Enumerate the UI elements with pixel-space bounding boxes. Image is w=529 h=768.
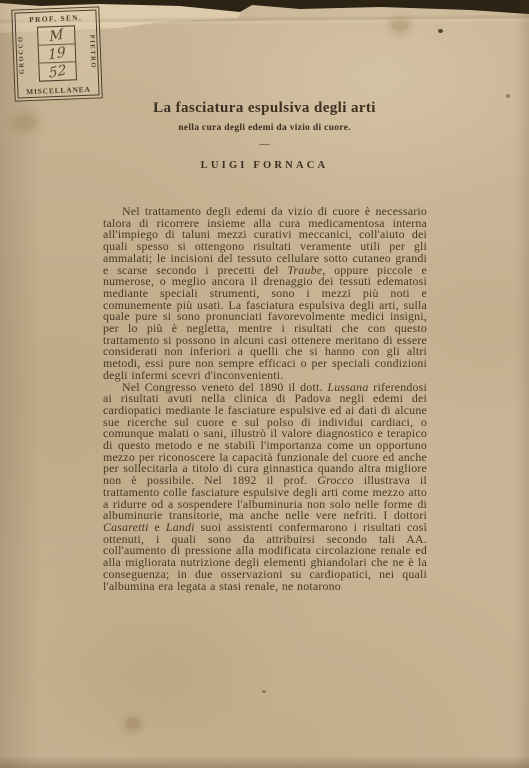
stamp-handwritten-number: 19 — [48, 44, 66, 64]
stamp-handwritten-letter: M — [49, 27, 64, 46]
paper-stain — [16, 116, 36, 129]
stamp-handwritten-row: 52 — [39, 62, 76, 80]
left-edge-shadow — [0, 0, 42, 768]
stamp-text-grocco: GROCCO — [17, 35, 25, 74]
paper-stain — [438, 29, 443, 33]
library-stamp-frame: PROF. SEN. GROCCO M 19 52 PIETRO MISCELL… — [14, 9, 99, 98]
library-stamp: PROF. SEN. GROCCO M 19 52 PIETRO MISCELL… — [11, 6, 102, 101]
paragraph: Nel Congresso veneto del 1890 il dott. L… — [103, 382, 427, 593]
paper-stain — [506, 94, 510, 98]
page-subtitle: nella cura degli edemi da vizio di cuore… — [103, 123, 426, 133]
article-body: Nel trattamento degli edemi da vizio di … — [103, 206, 427, 592]
paper-stain — [392, 20, 408, 31]
paper-stain — [262, 690, 266, 693]
paper-stain — [126, 718, 140, 729]
title-divider-rule: — — [103, 142, 426, 148]
paragraph: Nel trattamento degli edemi da vizio di … — [103, 206, 427, 382]
stamp-handwritten-row: 19 — [39, 44, 76, 63]
right-edge-shadow — [515, 0, 529, 768]
bottom-edge-shadow — [0, 756, 529, 768]
stamp-handwritten-number: 52 — [48, 62, 66, 82]
stamp-handwritten-row: M — [38, 26, 75, 45]
stamp-middle-band: GROCCO M 19 52 PIETRO — [16, 21, 98, 85]
stamp-text-miscellanea: MISCELLANEA — [18, 82, 98, 97]
document-heading: La fasciatura espulsiva degli arti nella… — [103, 100, 426, 171]
scanned-page: PROF. SEN. GROCCO M 19 52 PIETRO MISCELL… — [0, 0, 529, 768]
stamp-handwritten-box: M 19 52 — [37, 25, 77, 81]
page-title: La fasciatura espulsiva degli arti — [103, 100, 426, 117]
stamp-text-pietro: PIETRO — [88, 35, 96, 70]
author-name: LUIGI FORNACA — [103, 160, 426, 171]
